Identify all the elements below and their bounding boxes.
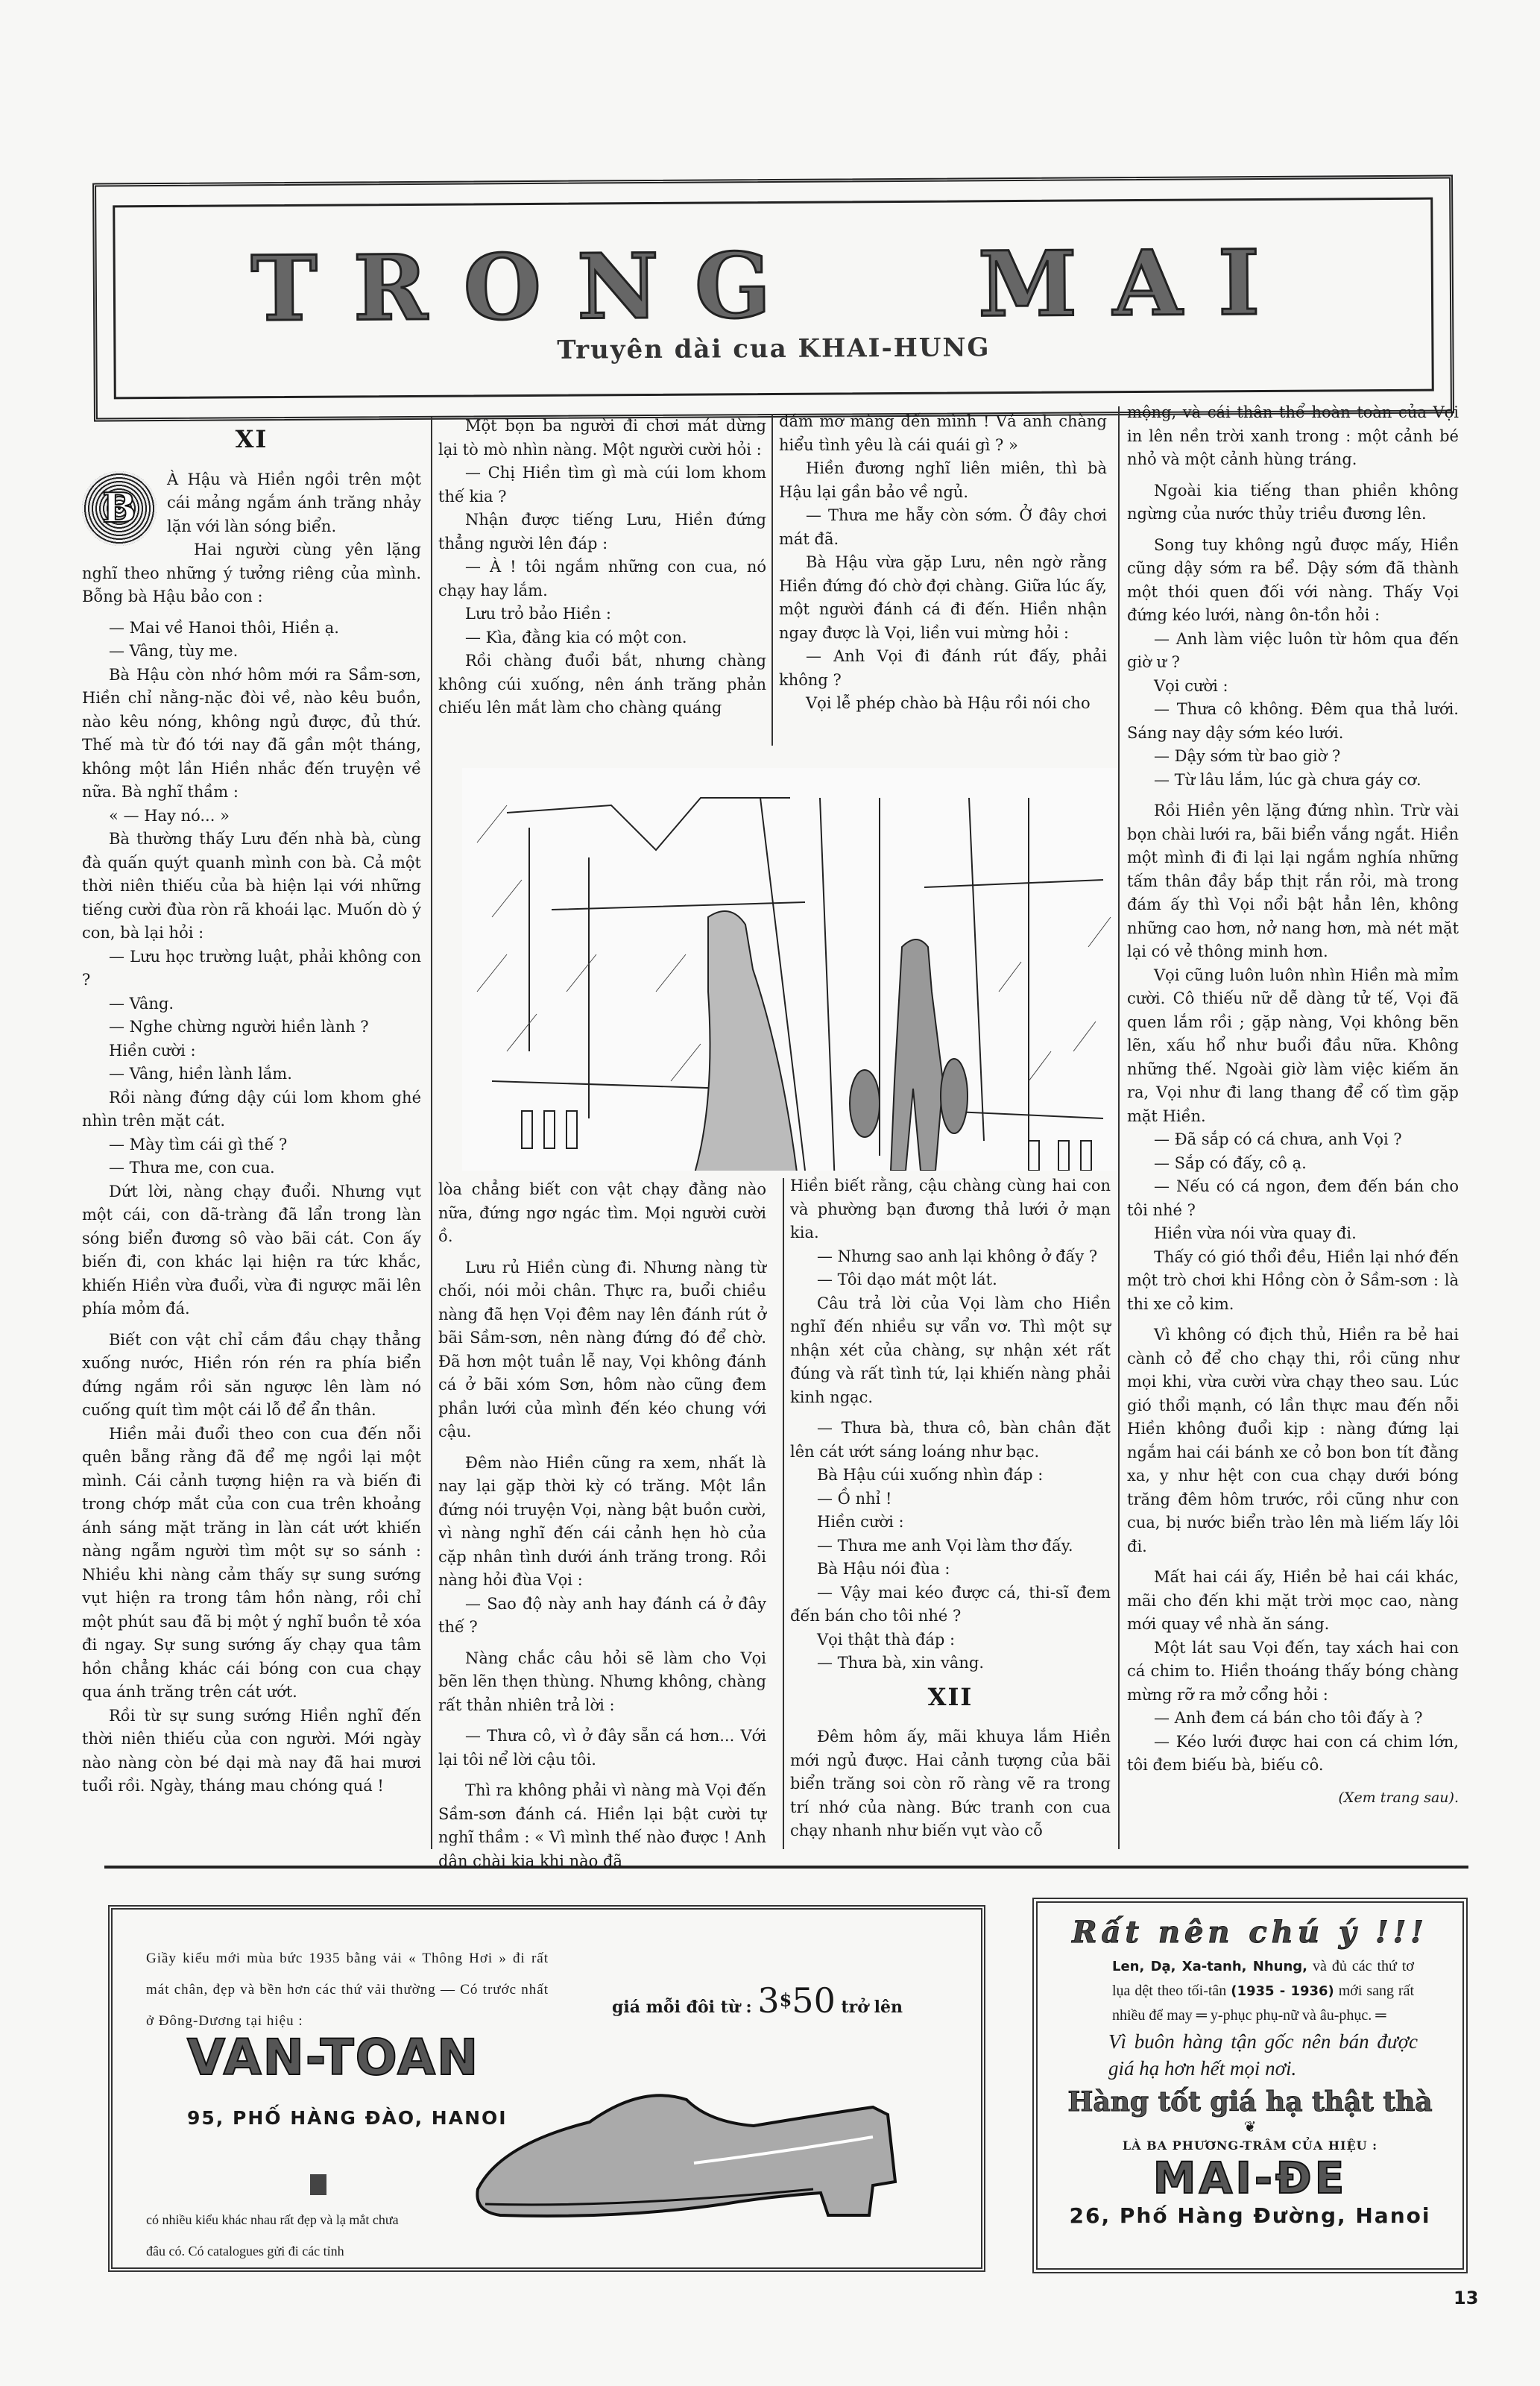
dialogue-line: — Lưu học trường luật, phải không con ?	[82, 945, 421, 992]
dialogue-line: — Nhưng sao anh lại không ở đấy ?	[790, 1245, 1111, 1269]
paragraph: Rồi từ sự sung sướng Hiền nghĩ đến thời …	[82, 1704, 421, 1798]
paragraph: Hiền mải đuổi theo con cua đến nỗi quên …	[82, 1423, 421, 1704]
dialogue-line: — Thưa me, con cua.	[82, 1156, 421, 1180]
paragraph: Vì không có địch thủ, Hiền ra bẻ hai càn…	[1127, 1323, 1459, 1558]
paragraph: Hai người cùng yên lặng nghĩ theo những …	[82, 538, 421, 609]
paragraph: Vọi cười :	[1127, 675, 1459, 699]
paragraph: Nhận được tiếng Lưu, Hiền đứng thẳng ngư…	[438, 509, 766, 555]
paragraph: Rồi chàng đuổi bắt, nhưng chàng không cú…	[438, 649, 766, 720]
paragraph: Vọi lễ phép chào bà Hậu rồi nói cho	[779, 692, 1107, 716]
title-banner: TRONG MAI Truyên dài cua KHAI-HUNG	[92, 174, 1454, 421]
ornament-icon: ❦	[1038, 2118, 1462, 2135]
price-currency: $	[780, 1989, 792, 2011]
serial-title: TRONG MAI	[115, 230, 1431, 343]
dialogue-line: — Thưa cô không. Đêm qua thả lưới. Sáng …	[1127, 698, 1459, 745]
paragraph: Thì ra không phải vì nàng mà Vọi đến Sầm…	[438, 1779, 766, 1873]
paragraph: Vọi cũng luôn luôn nhìn Hiền mà mỉm cười…	[1127, 964, 1459, 1129]
ad-slogan: Hàng tốt giá hạ thật thà	[1038, 2086, 1462, 2118]
ad-address: 26, Phố Hàng Đường, Hanoi	[1038, 2203, 1462, 2228]
column-2-top: Một bọn ba người đi chơi mát dừng lại tò…	[438, 415, 766, 720]
dialogue-line: — Vâng.	[82, 992, 421, 1016]
paragraph: Đêm nào Hiền cũng ra xem, nhất là nay lạ…	[438, 1452, 766, 1593]
dialogue-line: — Thưa cô, vì ở đây sẵn cá hơn... Với lạ…	[438, 1725, 766, 1772]
paragraph: Bà Hậu còn nhớ hôm mới ra Sầm-sơn, Hiền …	[82, 664, 421, 805]
paragraph: Hiền cười :	[790, 1511, 1111, 1534]
ad-brand-name: MAI-ĐE	[1038, 2153, 1462, 2203]
dialogue-line: — Dậy sớm từ bao giờ ?	[1127, 745, 1459, 769]
paragraph: Hiền đương nghĩ liên miên, thì bà Hậu lạ…	[779, 457, 1107, 504]
ornament-square-icon	[310, 2174, 326, 2195]
paragraph: Hiền vừa nói vừa quay đi.	[1127, 1222, 1459, 1246]
ad-footer-text: có nhiều kiểu khác nhau rất đẹp và lạ mắ…	[146, 2204, 400, 2267]
paragraph: Bà Hậu cúi xuống nhìn đáp :	[790, 1464, 1111, 1488]
paragraph: Rồi nàng đứng dậy cúi lom khom ghé nhìn …	[82, 1086, 421, 1133]
dialogue-line: — Anh đem cá bán cho tôi đấy à ?	[1127, 1707, 1459, 1731]
dialogue-line: — Thưa bà, thưa cô, bàn chân đặt lên cát…	[790, 1417, 1111, 1464]
dialogue-line: — Nghe chừng người hiền lành ?	[82, 1016, 421, 1039]
dialogue-line: — Vâng, hiền lành lắm.	[82, 1063, 421, 1086]
ad-price: giá mỗi đôi từ : 3$50 trở lên	[612, 1980, 903, 2021]
paragraph: lòa chẳng biết con vật chạy đằng nào nữa…	[438, 1178, 766, 1249]
dialogue-line: — Ồ nhỉ !	[790, 1488, 1111, 1511]
chapter-heading-xi: XI	[82, 428, 421, 452]
dropcap-letter: B	[82, 471, 157, 546]
dropcap-ornament-icon: B	[82, 471, 157, 546]
dialogue-line: — Tôi dạo mát một lát.	[790, 1268, 1111, 1292]
ad-address: 95, PHỐ HÀNG ĐÀO, HANOI	[187, 2107, 508, 2129]
dialogue-line: — Anh Vọi đi đánh rút đấy, phải không ?	[779, 645, 1107, 692]
paragraph: Câu trả lời của Vọi làm cho Hiền nghĩ đế…	[790, 1292, 1111, 1410]
dialogue-line: — Anh làm việc luôn từ hôm qua đến giờ ư…	[1127, 628, 1459, 675]
price-cents: 50	[792, 1980, 836, 2021]
paragraph: Rồi Hiền yên lặng đứng nhìn. Trừ vài bọn…	[1127, 799, 1459, 964]
paragraph: mộng, và cái thân thể hoàn toàn của Vọi …	[1127, 401, 1459, 472]
title-banner-inner-frame: TRONG MAI Truyên dài cua KHAI-HUNG	[113, 198, 1434, 400]
dialogue-line: — Vậy mai kéo được cá, thi-sĩ đem đến bá…	[790, 1581, 1111, 1628]
page-number: 13	[1454, 2288, 1478, 2308]
paragraph: Một lát sau Vọi đến, tay xách hai con cá…	[1127, 1637, 1459, 1707]
woodcut-scene-icon	[462, 768, 1118, 1171]
column-3-top: dám mơ màng đến mình ! Vả anh chàng hiểu…	[779, 410, 1107, 716]
section-divider-rule	[104, 1866, 1468, 1869]
dialogue-line: — Mày tìm cái gì thế ?	[82, 1133, 421, 1157]
ad-fabrics-list: Len, Dạ, Xa-tanh, Nhung,	[1112, 1959, 1307, 1974]
dialogue-line: — Chị Hiền tìm gì mà cúi lom khom thế ki…	[438, 462, 766, 509]
paragraph: « — Hay nó... »	[82, 805, 421, 828]
paragraph: Ngoài kia tiếng than phiền không ngừng c…	[1127, 479, 1459, 526]
ad-brand-name: VAN-TOAN	[187, 2029, 479, 2086]
column-4: mộng, và cái thân thể hoàn toàn của Vọi …	[1127, 401, 1459, 1810]
chapter-heading-xii: XII	[790, 1686, 1111, 1710]
dialogue-line: — Vâng, tùy me.	[82, 640, 421, 664]
paragraph: Bà Hậu nói đùa :	[790, 1558, 1111, 1581]
paragraph: Lưu trỏ bảo Hiền :	[438, 602, 766, 626]
dialogue-line: — À ! tôi ngắm những con cua, nó chạy ha…	[438, 555, 766, 602]
column-divider	[771, 414, 773, 746]
paragraph: Bà Hậu vừa gặp Lưu, nên ngờ rằng Hiền đứ…	[779, 551, 1107, 645]
ad-headline: Rất nên chú ý !!!	[1038, 1915, 1462, 1950]
column-2-bottom: lòa chẳng biết con vật chạy đằng nào nữa…	[438, 1178, 766, 1873]
paragraph: Thấy có gió thổi đều, Hiền lại nhớ đến m…	[1127, 1246, 1459, 1317]
paragraph: Lưu rủ Hiền cùng đi. Nhưng nàng từ chối,…	[438, 1256, 766, 1444]
dialogue-line: — Kéo lưới được hai con cá chim lớn, tôi…	[1127, 1731, 1459, 1778]
ad-body-part: ═ y-phục phụ-nữ và âu-phục. ═	[1196, 2007, 1386, 2024]
story-illustration	[462, 768, 1118, 1171]
dialogue-line: — Mai về Hanoi thôi, Hiền ạ.	[82, 617, 421, 640]
paragraph: Mất hai cái ấy, Hiền bẻ hai cái khác, mã…	[1127, 1566, 1459, 1637]
column-divider	[783, 1178, 784, 1849]
column-3-bottom: Hiền biết rằng, cậu chàng cùng hai con v…	[790, 1174, 1111, 1843]
ad-years: (1935 - 1936)	[1231, 1983, 1334, 1999]
dialogue-line: — Thưa me anh Vọi làm thơ đấy.	[790, 1534, 1111, 1558]
paragraph: Dứt lời, nàng chạy đuổi. Nhưng vụt một c…	[82, 1180, 421, 1321]
paragraph: Đêm hôm ấy, mãi khuya lắm Hiền mới ngủ đ…	[790, 1725, 1111, 1843]
paragraph: Nàng chắc câu hỏi sẽ làm cho Vọi bẽn lẽn…	[438, 1647, 766, 1718]
dialogue-line: — Kìa, đằng kia có một con.	[438, 626, 766, 650]
paragraph: Hiền cười :	[82, 1039, 421, 1063]
paragraph: Song tuy không ngủ được mấy, Hiền cũng d…	[1127, 534, 1459, 628]
paragraph: Bà thường thấy Lưu đến nhà bà, cùng đà q…	[82, 828, 421, 945]
dialogue-line: — Sắp có đấy, cô ạ.	[1127, 1152, 1459, 1176]
paragraph: Hiền biết rằng, cậu chàng cùng hai con v…	[790, 1174, 1111, 1245]
ad-body-text: Len, Dạ, Xa-tanh, Nhung, và đủ các thứ t…	[1112, 1954, 1414, 2028]
dialogue-line: — Từ lâu lắm, lúc gà chưa gáy cơ.	[1127, 769, 1459, 793]
price-suffix: trở lên	[842, 1998, 903, 2017]
dialogue-line: — Nếu có cá ngon, đem đến bán cho tôi nh…	[1127, 1175, 1459, 1222]
dialogue-line: — Sao độ này anh hay đánh cá ở đây thế ?	[438, 1593, 766, 1640]
price-label: giá mỗi đôi từ :	[612, 1998, 752, 2017]
price-main: 3	[757, 1980, 779, 2021]
column-divider	[1118, 406, 1120, 1849]
ad-intro-text: Giầy kiểu mới mùa bức 1935 bằng vải « Th…	[146, 1943, 549, 2037]
dialogue-line: — Thưa me hẵy còn sớm. Ở đây chơi mát đã…	[779, 504, 1107, 551]
continued-notice: (Xem trang sau).	[1127, 1787, 1459, 1810]
dialogue-line: — Đã sắp có cá chưa, anh Vọi ?	[1127, 1128, 1459, 1152]
ad-intro-small: LÀ BA PHƯƠNG-TRÂM CỦA HIỆU :	[1038, 2138, 1462, 2153]
dialogue-line: — Thưa bà, xin vâng.	[790, 1652, 1111, 1675]
column-1: XI B À Hậu và Hiền ngồi trên một cái mản…	[82, 418, 421, 1798]
paragraph: Một bọn ba người đi chơi mát dừng lại tò…	[438, 415, 766, 462]
column-divider	[431, 418, 432, 1849]
advertisement-mai-de: Rất nên chú ý !!! Len, Dạ, Xa-tanh, Nhun…	[1032, 1898, 1468, 2273]
paragraph: Biết con vật chỉ cắm đầu chạy thẳng xuốn…	[82, 1329, 421, 1423]
paragraph: dám mơ màng đến mình ! Vả anh chàng hiểu…	[779, 410, 1107, 457]
advertisement-van-toan: Giầy kiểu mới mùa bức 1935 bằng vải « Th…	[108, 1905, 985, 2272]
ad-italic-text: Vì buôn hàng tận gốc nên bán được giá hạ…	[1108, 2028, 1418, 2082]
shoe-illustration-icon	[470, 2055, 932, 2226]
paragraph: Vọi thật thà đáp :	[790, 1628, 1111, 1652]
